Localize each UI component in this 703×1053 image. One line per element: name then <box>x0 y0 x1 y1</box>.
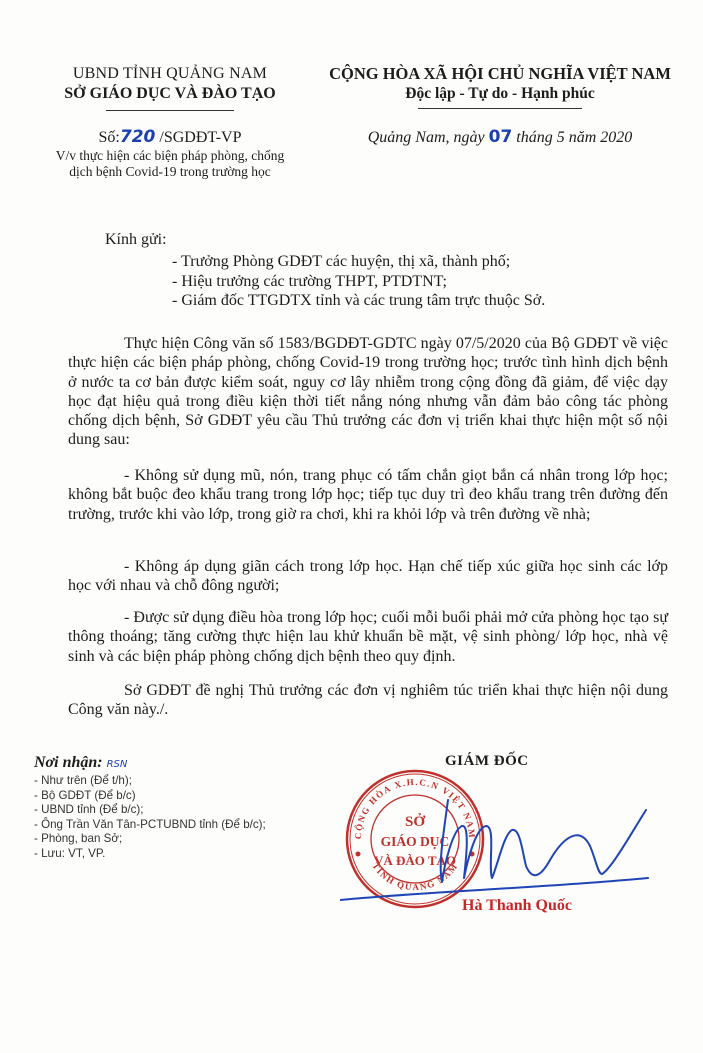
body-bullet-3: - Được sử dụng điều hòa trong lớp học; c… <box>68 608 668 666</box>
subject-line-2: dịch bệnh Covid-19 trong trường học <box>20 164 320 180</box>
bullet-text: - Không áp dụng giãn cách trong lớp học.… <box>68 558 668 594</box>
recipients-list: - Trưởng Phòng GDĐT các huyện, thị xã, t… <box>172 252 545 311</box>
distribution-item: - Lưu: VT, VP. <box>34 847 354 862</box>
doc-number-handwritten: 720 <box>120 127 156 147</box>
distribution-item: - Như trên (Để t/h); <box>34 774 354 789</box>
document-subject: V/v thực hiện các biện pháp phòng, chống… <box>20 148 320 180</box>
nation-name: CỘNG HÒA XÃ HỘI CHỦ NGHĨA VIỆT NAM <box>315 64 685 84</box>
distribution-list-block: Nơi nhận: RSN - Như trên (Để t/h); - Bộ … <box>34 754 354 861</box>
subject-line-1: V/v thực hiện các biện pháp phòng, chống <box>20 148 320 164</box>
authority-name: UBND TỈNH QUẢNG NAM <box>20 64 320 84</box>
distribution-list: - Như trên (Để t/h); - Bộ GDĐT (Để b/c) … <box>34 774 354 861</box>
signer-name: Hà Thanh Quốc <box>462 897 572 915</box>
recipient-item: - Hiệu trưởng các trường THPT, PTDTNT; <box>172 272 545 292</box>
doc-number-label: Số: <box>99 129 120 146</box>
handwritten-signature-icon <box>340 770 680 910</box>
distribution-item: - Bộ GDĐT (Để b/c) <box>34 789 354 804</box>
issuing-authority-block: UBND TỈNH QUẢNG NAM SỞ GIÁO DỤC VÀ ĐÀO T… <box>20 64 320 111</box>
doc-number-code: /SGDĐT-VP <box>155 129 241 146</box>
bullet-text: - Được sử dụng điều hòa trong lớp học; c… <box>68 609 668 665</box>
date-day-handwritten: 07 <box>489 127 513 147</box>
body-intro-paragraph: Thực hiện Công văn số 1583/BGDĐT-GDTC ng… <box>68 334 668 450</box>
document-number: Số:720 /SGDĐT-VP <box>20 127 320 147</box>
bullet-text: - Không sử dụng mũ, nón, trang phục có t… <box>68 467 668 523</box>
recipient-item: - Giám đốc TTGDTX tỉnh và các trung tâm … <box>172 291 545 311</box>
date-prefix: Quảng Nam, ngày <box>368 129 489 146</box>
header-divider <box>106 110 234 111</box>
recipient-item: - Trưởng Phòng GDĐT các huyện, thị xã, t… <box>172 252 545 272</box>
department-name: SỞ GIÁO DỤC VÀ ĐÀO TẠO <box>20 84 320 104</box>
distribution-item: - UBND tỉnh (Để b/c); <box>34 803 354 818</box>
document-date: Quảng Nam, ngày 07 tháng 5 năm 2020 <box>315 127 685 147</box>
body-bullet-2: - Không áp dụng giãn cách trong lớp học.… <box>68 557 668 596</box>
national-header-block: CỘNG HÒA XÃ HỘI CHỦ NGHĨA VIỆT NAM Độc l… <box>315 64 685 109</box>
distribution-item: - Phòng, ban Sở; <box>34 832 354 847</box>
distribution-item: - Ông Trần Văn Tân-PCTUBND tỉnh (Để b/c)… <box>34 818 354 833</box>
body-bullet-1: - Không sử dụng mũ, nón, trang phục có t… <box>68 466 668 524</box>
recipients-label: Kính gửi: <box>105 231 167 249</box>
distribution-title: Nơi nhận: <box>34 754 103 771</box>
motto-divider <box>418 108 582 109</box>
handwritten-initials: RSN <box>107 759 128 770</box>
date-suffix: tháng 5 năm 2020 <box>512 129 632 146</box>
body-intro-text: Thực hiện Công văn số 1583/BGDĐT-GDTC ng… <box>68 335 668 448</box>
closing-text: Sở GDĐT đề nghị Thủ trưởng các đơn vị ng… <box>68 682 668 718</box>
body-closing-paragraph: Sở GDĐT đề nghị Thủ trưởng các đơn vị ng… <box>68 681 668 720</box>
national-motto: Độc lập - Tự do - Hạnh phúc <box>315 84 685 104</box>
